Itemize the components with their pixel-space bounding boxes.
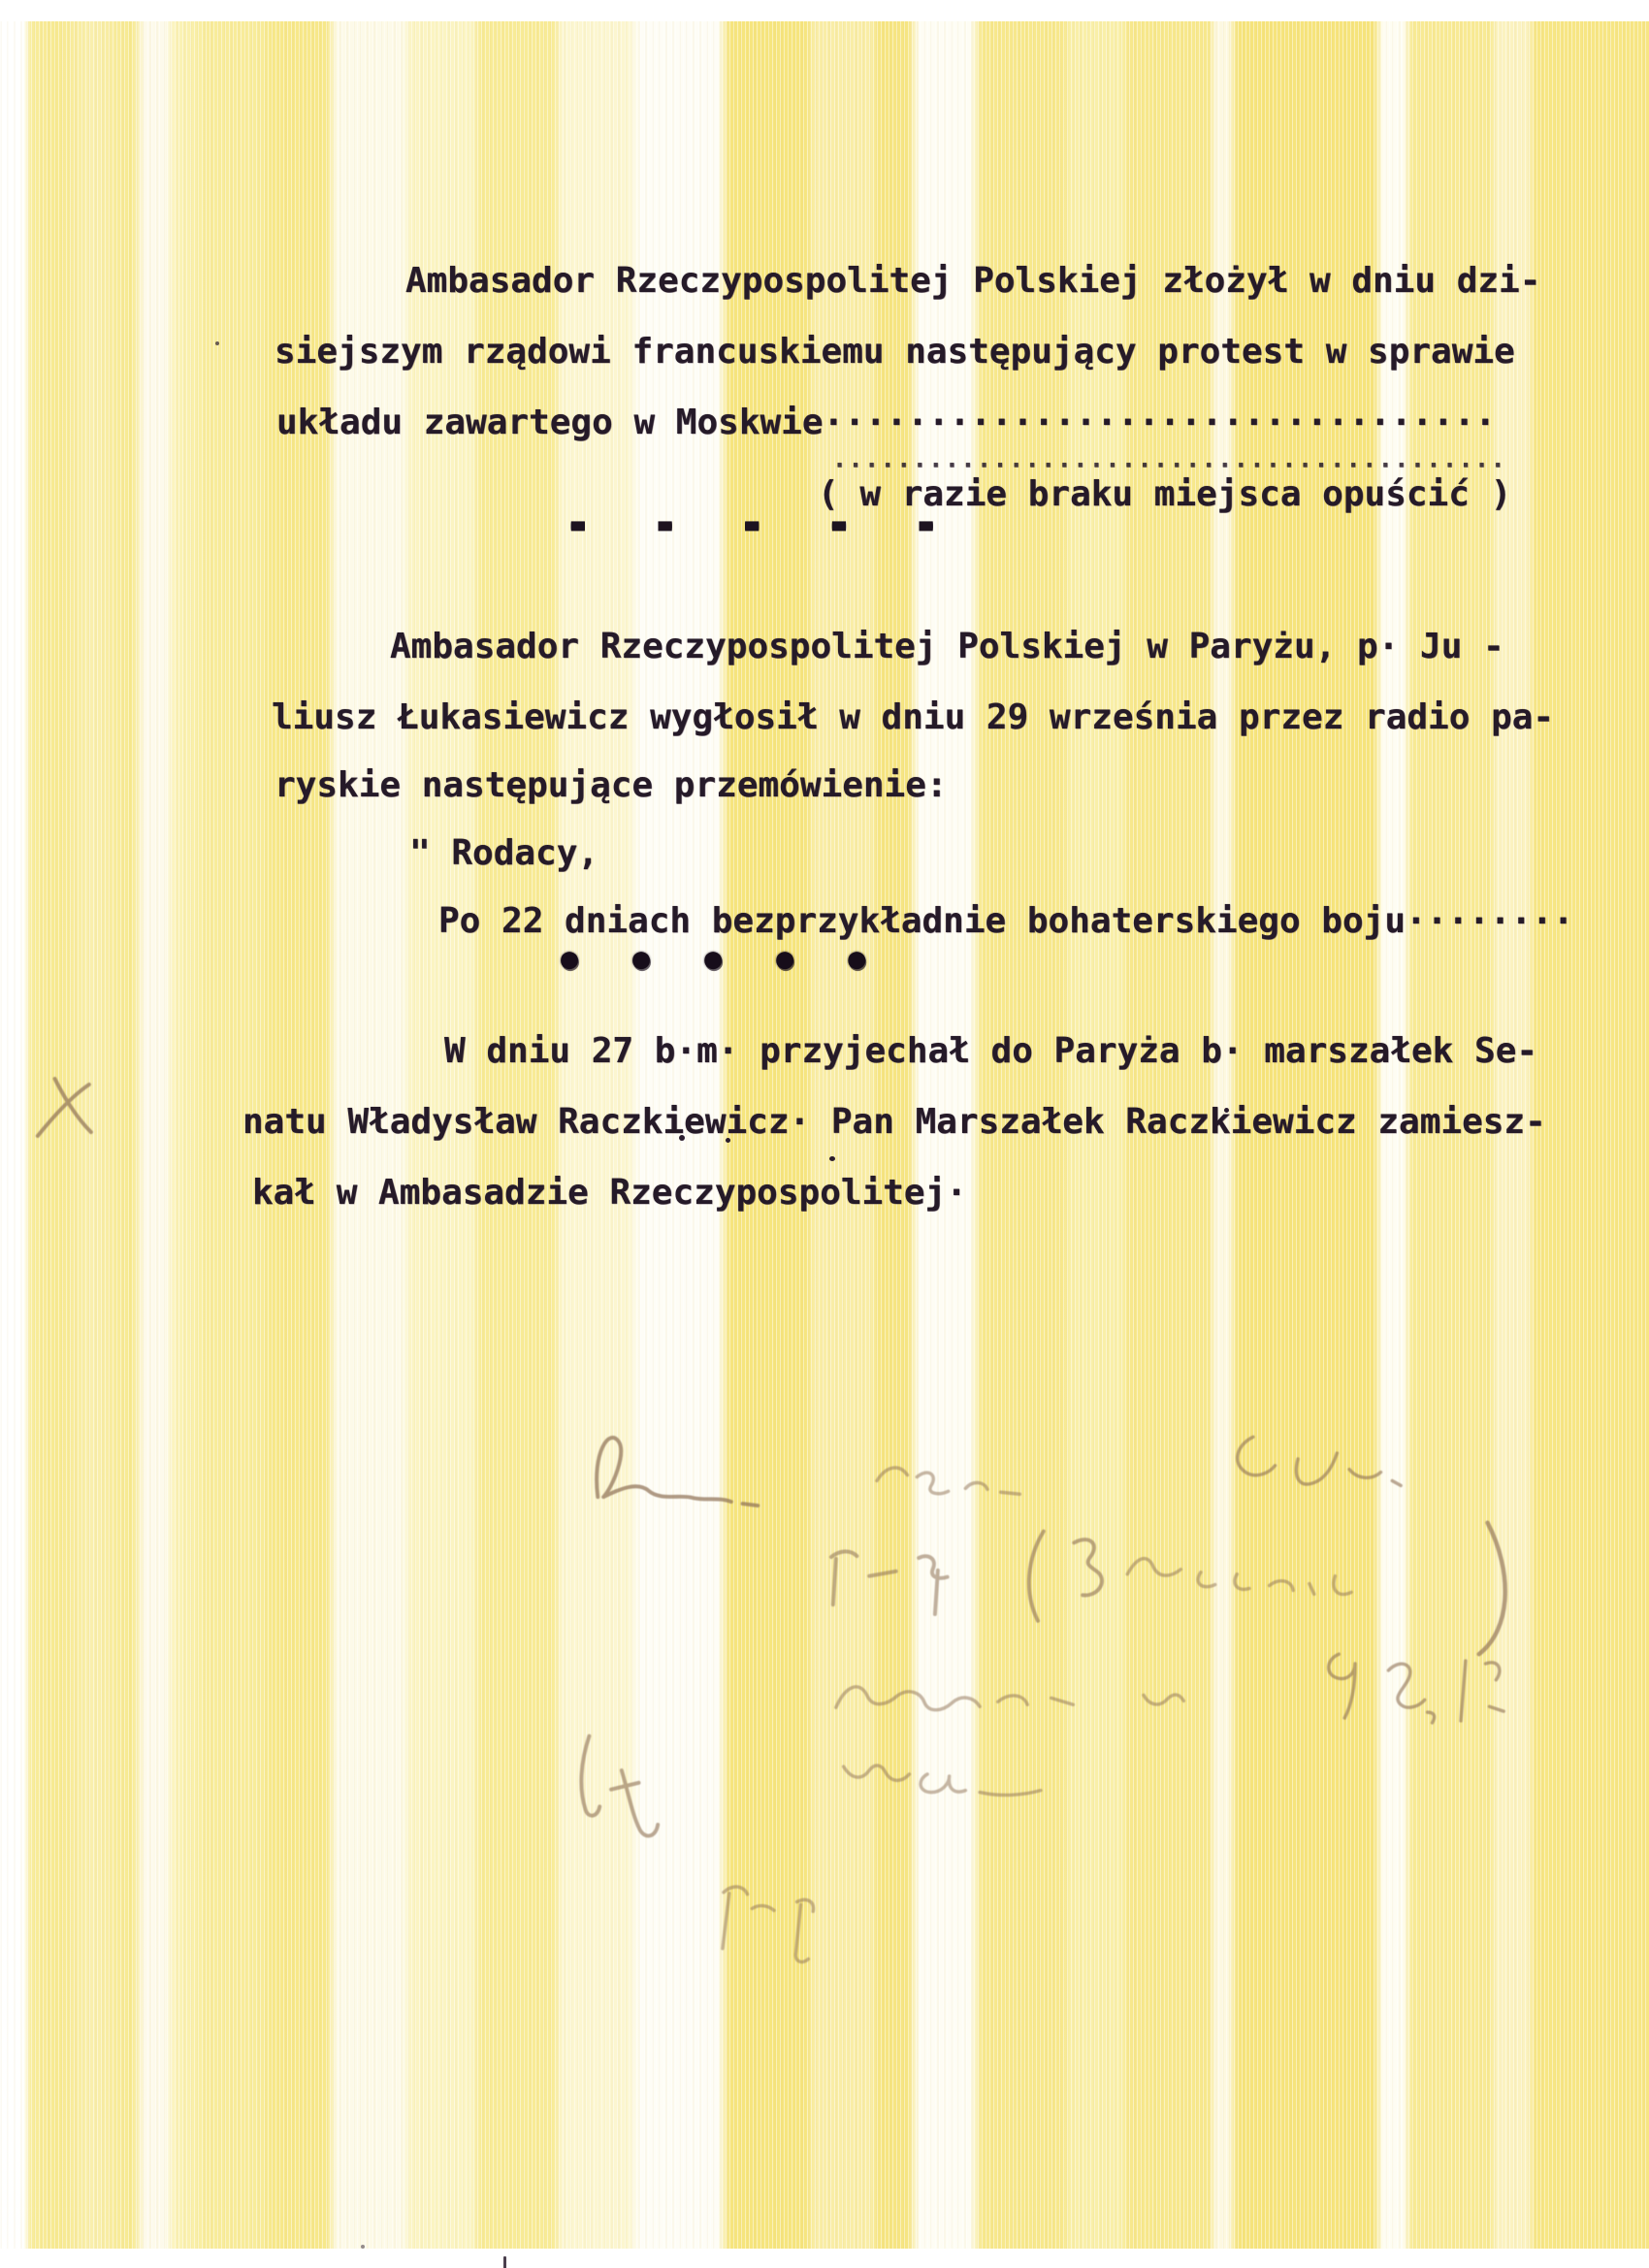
scanned-page: Ambasador Rzeczypospolitej Polskiej złoż… [0,21,1649,2249]
ink-speck [679,1135,685,1141]
handwritten-annotations [0,21,1649,2249]
ink-speck [361,2245,365,2249]
ink-speck [215,341,219,345]
ink-speck [829,1156,835,1161]
ink-speck [726,1138,730,1143]
ink-speck [1224,1108,1229,1113]
scan-artifact [503,2256,506,2268]
margin-pencil-mark [38,1079,91,1136]
